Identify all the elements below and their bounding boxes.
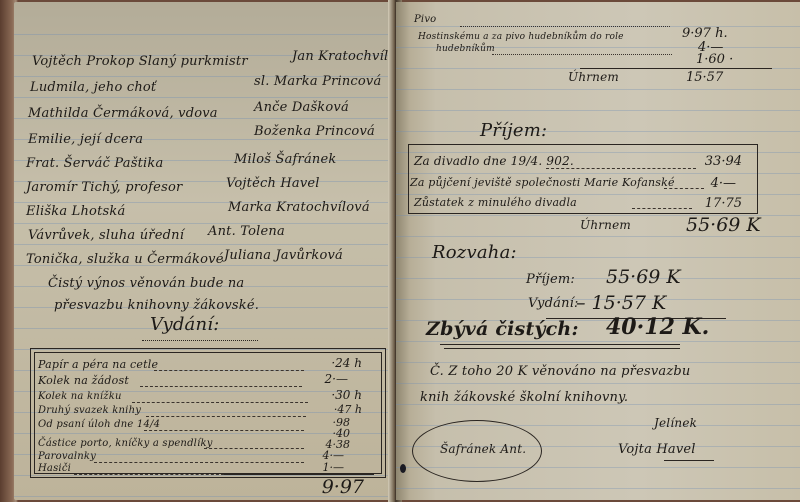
- income-item: Za divadlo dne 19/4. 902.: [414, 154, 574, 168]
- leader-dots: [146, 416, 306, 417]
- expenses-heading: Vydání:: [150, 314, 220, 335]
- leader-dots: [460, 26, 670, 27]
- leader-dots: [132, 402, 308, 403]
- entry-amount: 1·60 ·: [696, 52, 766, 67]
- income-item: Zůstatek z minulého divadla: [414, 196, 577, 209]
- cast-role: Eliška Lhotská: [26, 204, 125, 219]
- entry-amount: 9·97 h.: [682, 26, 772, 41]
- income-item: Za půjčení jeviště společnosti Marie Kof…: [410, 176, 675, 189]
- summary-amount: 55·69 K: [606, 266, 726, 288]
- balance-underline: [440, 344, 680, 345]
- cast-actor: sl. Marka Princová: [254, 74, 381, 89]
- cast-role: Ludmila, jeho choť: [30, 80, 156, 95]
- expense-amount: 1·—: [304, 461, 344, 474]
- income-total: 55·69 K: [686, 214, 786, 236]
- total-label: Úhrnem: [568, 70, 619, 84]
- income-heading: Příjem:: [480, 120, 547, 141]
- note-line: Čistý výnos věnován bude na: [48, 276, 244, 291]
- cast-role: Mathilda Čermáková, vdova: [28, 106, 218, 121]
- entry-item: hudebníkům: [436, 44, 495, 54]
- expense-item: Parovalnky: [38, 451, 96, 462]
- ink-blot: [400, 464, 406, 473]
- expense-item: Částice porto, kníčky a spendlíky: [38, 438, 213, 449]
- right-page: Pivo Hostinskému a za pivo hudebníkům do…: [396, 2, 800, 500]
- total-label: Úhrnem: [580, 218, 631, 232]
- expenses-total: 9·97: [304, 476, 364, 498]
- entry-item: Pivo: [414, 14, 436, 25]
- cast-actor: Marka Kratochvílová: [228, 200, 370, 215]
- cast-actor: Boženka Princová: [254, 124, 375, 139]
- balance-underline: [444, 348, 680, 349]
- total-rule: [580, 68, 772, 69]
- summary-amount: – 15·57 K: [576, 292, 716, 314]
- signature: Vojta Havel: [618, 442, 696, 457]
- balance-amount: 40·12 K.: [606, 314, 736, 340]
- expense-item: Hasiči: [38, 463, 71, 474]
- leader-dots: [546, 168, 696, 169]
- total-rule: [224, 474, 374, 475]
- dedication-line: Č. Z toho 20 K věnováno na přesvazbu: [430, 364, 690, 379]
- expense-item: Papír a péra na cetle: [38, 358, 158, 371]
- dedication-line: knih žákovské školní knihovny.: [420, 390, 628, 405]
- income-amount: 4·—: [696, 176, 736, 191]
- summary-label: Vydání:: [528, 296, 579, 311]
- left-page: Vojtěch Prokop Slaný purkmistr Jan Krato…: [14, 2, 392, 500]
- expense-amount: ·24 h: [304, 356, 362, 370]
- cast-role: Vávrůvek, sluha úřední: [28, 228, 184, 243]
- leader-dots: [140, 386, 302, 387]
- income-amount: 33·94: [692, 154, 742, 169]
- signature: Jelínek: [654, 416, 697, 430]
- income-amount: 17·75: [692, 196, 742, 211]
- leader-dots: [492, 54, 672, 55]
- top-total: 15·57: [686, 70, 746, 85]
- expense-item: Od psaní úloh dne 14/4: [38, 419, 160, 430]
- leader-dots: [632, 208, 692, 209]
- summary-label: Příjem:: [526, 272, 575, 287]
- cast-role: Tonička, služka u Čermákové: [26, 252, 224, 267]
- leader-dots: [144, 430, 304, 431]
- cast-actor: Ant. Tolena: [208, 224, 285, 239]
- cast-role: Emilie, její dcera: [28, 132, 143, 147]
- leader-dots: [94, 462, 304, 463]
- cast-actor: Jan Kratochvíl: [292, 49, 388, 64]
- cast-role: Vojtěch Prokop Slaný purkmistr: [32, 54, 248, 69]
- heading-underline: [142, 336, 258, 341]
- cast-actor: Vojtěch Havel: [226, 176, 320, 191]
- leader-dots: [204, 448, 304, 449]
- signature-stamp: Šafránek Ant.: [440, 442, 526, 456]
- expense-amount: 2·—: [304, 372, 348, 386]
- expense-item: Kolek na knížku: [38, 391, 122, 402]
- cast-role: Frat. Šerváč Paštika: [26, 156, 163, 171]
- entry-item: Hostinskému a za pivo hudebníkům do role: [418, 32, 624, 42]
- expense-amount: ·30 h: [304, 388, 362, 402]
- expense-item: Druhý svazek knihy: [38, 405, 141, 416]
- expense-item: Kolek na žádost: [38, 374, 129, 387]
- signature-flourish: [664, 460, 714, 461]
- cast-actor: Anče Dašková: [254, 100, 349, 115]
- note-line: přesvazbu knihovny žákovské.: [54, 298, 259, 313]
- cast-actor: Juliana Javůrková: [224, 248, 343, 263]
- cast-actor: Miloš Šafránek: [234, 152, 336, 167]
- summary-heading: Rozvaha:: [432, 242, 517, 263]
- balance-label: Zbývá čistých:: [426, 318, 579, 340]
- leader-dots: [74, 474, 224, 475]
- cast-role: Jaromír Tichý, profesor: [26, 180, 182, 195]
- leader-dots: [154, 370, 304, 371]
- expense-amount: ·47 h: [304, 403, 362, 416]
